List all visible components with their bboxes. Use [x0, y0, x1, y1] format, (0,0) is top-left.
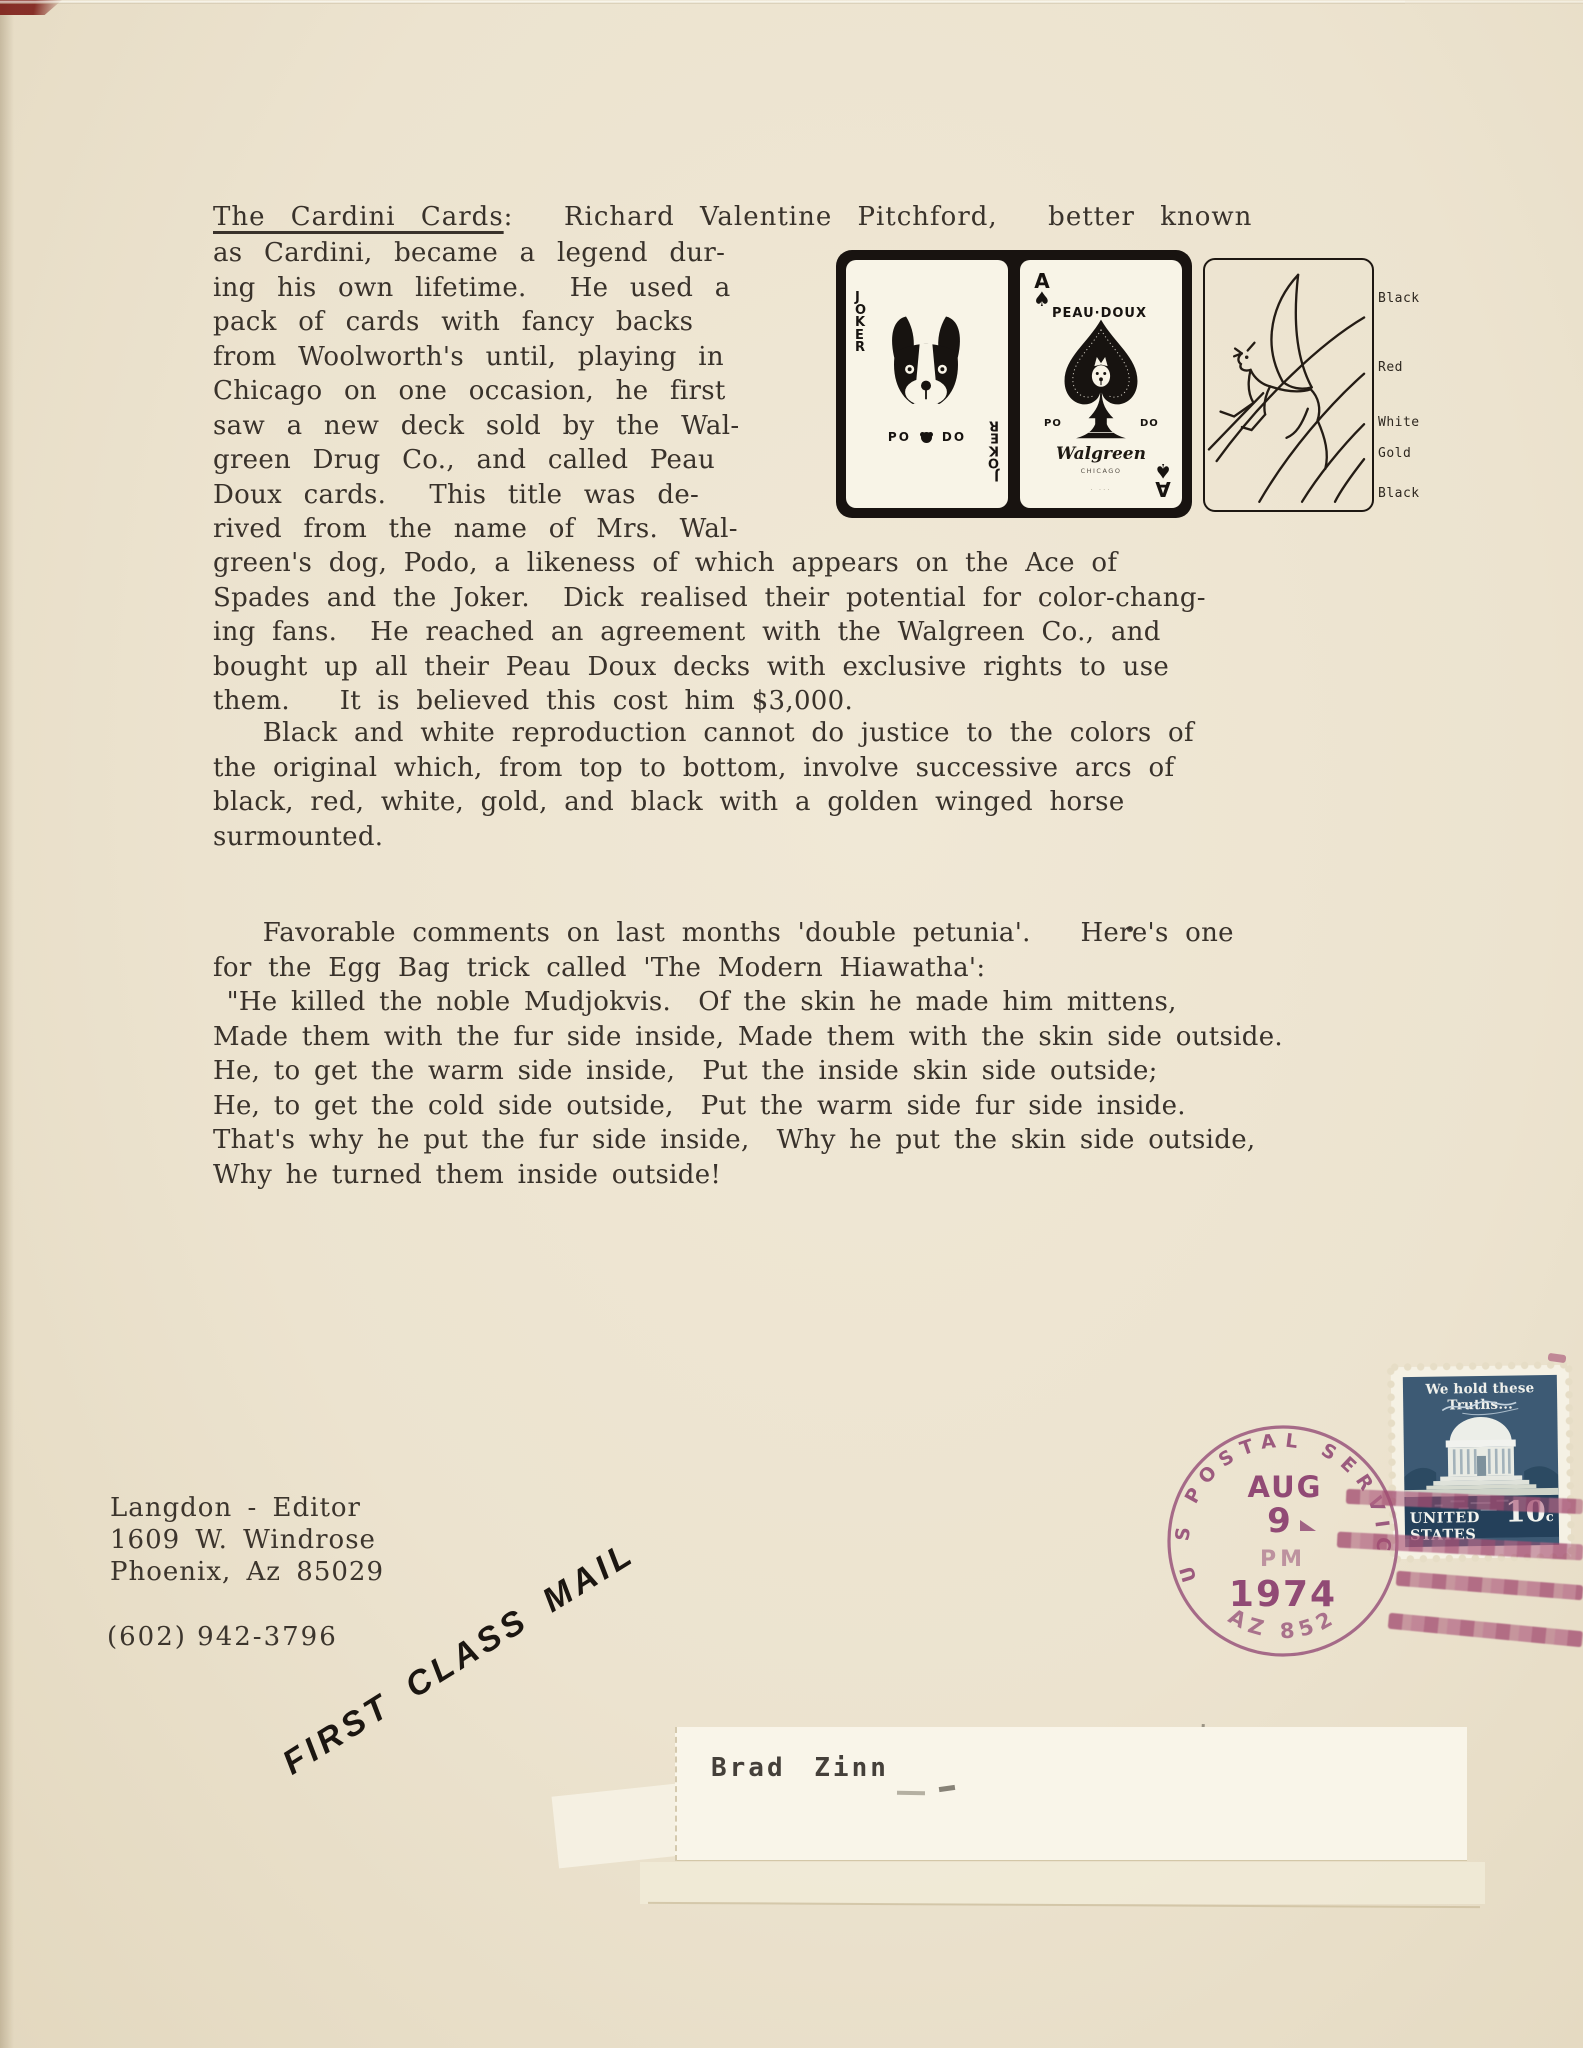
dog-face-icon — [876, 312, 976, 412]
postmark-day: 9 — [1267, 1501, 1291, 1541]
hiawatha-poem: "He killed the noble Mudjokvis. Of the s… — [213, 985, 1223, 1192]
scanned-newsletter-page: The Cardini Cards: Richard Valentine Pit… — [0, 0, 1583, 2048]
ace-po-text: PO — [1044, 418, 1062, 429]
walgreen-signature: Walgreen — [1020, 444, 1182, 464]
ace-of-spades-card: A ♠ A ♠ PEAU·DOUX PO DO — [1020, 260, 1182, 508]
chicago-text: CHICAGO — [1020, 467, 1182, 475]
postmark-meridiem: PM — [1260, 1547, 1306, 1572]
joker-po-text: PO — [888, 430, 911, 444]
stamp-design: We hold these Truths... — [1403, 1375, 1559, 1547]
joker-do-text: DO — [942, 430, 966, 444]
sender-phone: (602) 942-3796 — [107, 1622, 338, 1652]
joker-podo-caption: PO DO — [846, 430, 1008, 444]
sender-address: Langdon - Editor 1609 W. Windrose Phoeni… — [110, 1492, 384, 1588]
band-label-white: White — [1378, 415, 1420, 430]
jefferson-signature-icon — [1403, 1397, 1557, 1417]
ace-corner-index: A ♠ — [1031, 272, 1053, 308]
ace-do-text: DO — [1140, 418, 1159, 429]
spade-icon — [1049, 318, 1153, 444]
cardini-cards-figure: JOKER JOKER PO DO — [836, 250, 1420, 522]
postmark-year: 1974 — [1229, 1574, 1337, 1615]
winged-horse-icon — [1205, 260, 1367, 505]
address-label: Brad Zinn — [675, 1727, 1467, 1861]
paper-sheet-corner — [552, 1784, 684, 1869]
article-title-rest: : Richard Valentine Pitchford, better kn… — [504, 202, 1253, 232]
boston-terrier-illustration — [876, 312, 976, 416]
postmark-month: AUG — [1248, 1470, 1323, 1504]
card-back-winged-horse — [1203, 258, 1374, 512]
ornate-spade-illustration — [1049, 318, 1153, 448]
postage-stamp: We hold these Truths... — [1391, 1365, 1572, 1559]
cancellation-bar — [1396, 1571, 1583, 1601]
joker-corner-index-inverted: JOKER — [988, 418, 999, 481]
band-label-black-bottom: Black — [1378, 486, 1420, 501]
stamp-perforation — [1564, 1363, 1577, 1559]
paper-fold-crease — [0, 0, 1405, 4]
joker-corner-index: JOKER — [855, 292, 866, 355]
paper-edge-shadow — [0, 0, 14, 2048]
stamp-perforation — [1389, 1360, 1571, 1373]
paragraph-colors: Black and white reproduction cannot do j… — [213, 716, 1223, 854]
band-label-black-top: Black — [1378, 291, 1420, 306]
article-title-line: The Cardini Cards: Richard Valentine Pit… — [213, 200, 1403, 235]
paragraph-comments: Favorable comments on last months 'doubl… — [213, 916, 1223, 985]
band-label-gold: Gold — [1378, 446, 1411, 461]
article-title: The Cardini Cards — [213, 202, 504, 232]
cancellation-bar — [1388, 1613, 1583, 1648]
paragraph-wrapped: as Cardini, became a legend dur- ing his… — [213, 236, 833, 547]
postmark-triangle — [1300, 1520, 1316, 1531]
band-label-red: Red — [1378, 360, 1403, 375]
paw-print-icon — [921, 432, 932, 443]
paper-sheet-lower — [640, 1862, 1485, 1904]
joker-card: JOKER JOKER PO DO — [846, 260, 1008, 508]
recipient-name: Brad Zinn — [711, 1753, 889, 1783]
plate-mark: · ··· — [1020, 486, 1182, 494]
pen-dash-mark — [897, 1791, 925, 1795]
paragraph-continuation: green's dog, Podo, a likeness of which a… — [213, 546, 1223, 719]
